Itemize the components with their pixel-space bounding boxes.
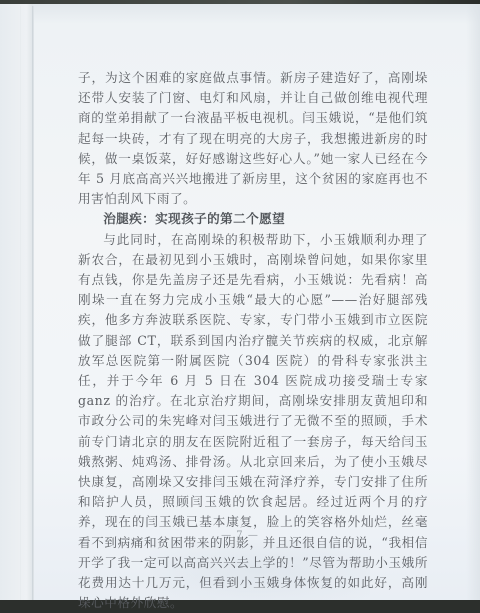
page-body: 子，为这个困难的家庭做点事情。新房子建造好了，高刚垛还带人安装了门窗、电灯和风扇… (78, 68, 428, 600)
paragraph: 与此同时，在高刚垛的积极帮助下，小玉娥顺利办理了新农合，在最初见到小玉娥时，高刚… (78, 230, 428, 600)
page-number: — 7 — (0, 530, 480, 541)
paragraph-continued: 子，为这个困难的家庭做点事情。新房子建造好了，高刚垛还带人安装了门窗、电灯和风扇… (78, 68, 428, 209)
binding-fold-line-outer (20, 6, 21, 600)
section-heading: 治腿疾：实现孩子的第二个愿望 (78, 209, 428, 229)
binding-fold-line (32, 6, 34, 600)
right-edge-shadow (466, 4, 480, 600)
binding-margin (0, 4, 33, 600)
scanned-page: 子，为这个困难的家庭做点事情。新房子建造好了，高刚垛还带人安装了门窗、电灯和风扇… (0, 0, 480, 600)
scanner-top-edge (0, 0, 480, 4)
